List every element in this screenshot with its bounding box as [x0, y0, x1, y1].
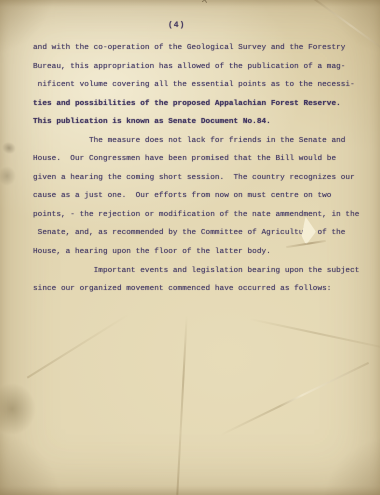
pencil-smudge	[0, 140, 17, 156]
text-line: and with the co-operation of the Geologi…	[33, 39, 368, 58]
text-line: cause as a just one. Our efforts from no…	[33, 187, 368, 206]
text-line: points, - the rejection or modification …	[33, 206, 368, 225]
text-line: nificent volume covering all the essenti…	[33, 76, 368, 95]
text-line: House, a hearing upon the floor of the l…	[33, 243, 368, 262]
text-line: given a hearing the coming short session…	[33, 169, 368, 188]
text-line: Bureau, this appropriation has allowed o…	[33, 58, 368, 77]
page-number: (4)	[168, 21, 185, 30]
document-page: × (4) and with the co-operation of the G…	[0, 0, 380, 495]
pencil-smudge	[0, 166, 16, 186]
text-line: House. Our Congressmen have been promise…	[33, 150, 368, 169]
text-line: The measure does not lack for friends in…	[33, 132, 368, 151]
crease-line	[176, 315, 187, 495]
text-line: since our organized movement commenced h…	[33, 280, 368, 299]
document-body: and with the co-operation of the Geologi…	[33, 39, 368, 299]
text-line: ties and possibilities of the proposed A…	[33, 95, 368, 114]
crease-line	[27, 313, 130, 378]
text-line: This publication is known as Senate Docu…	[33, 113, 368, 132]
pencil-x-mark: ×	[200, 0, 210, 9]
text-line: Senate, and, as recommended by the Commi…	[33, 224, 368, 243]
paper-stain	[0, 383, 36, 435]
crease-line	[249, 318, 380, 348]
crease-line	[220, 362, 369, 436]
text-line: Important events and legislation bearing…	[33, 262, 368, 281]
